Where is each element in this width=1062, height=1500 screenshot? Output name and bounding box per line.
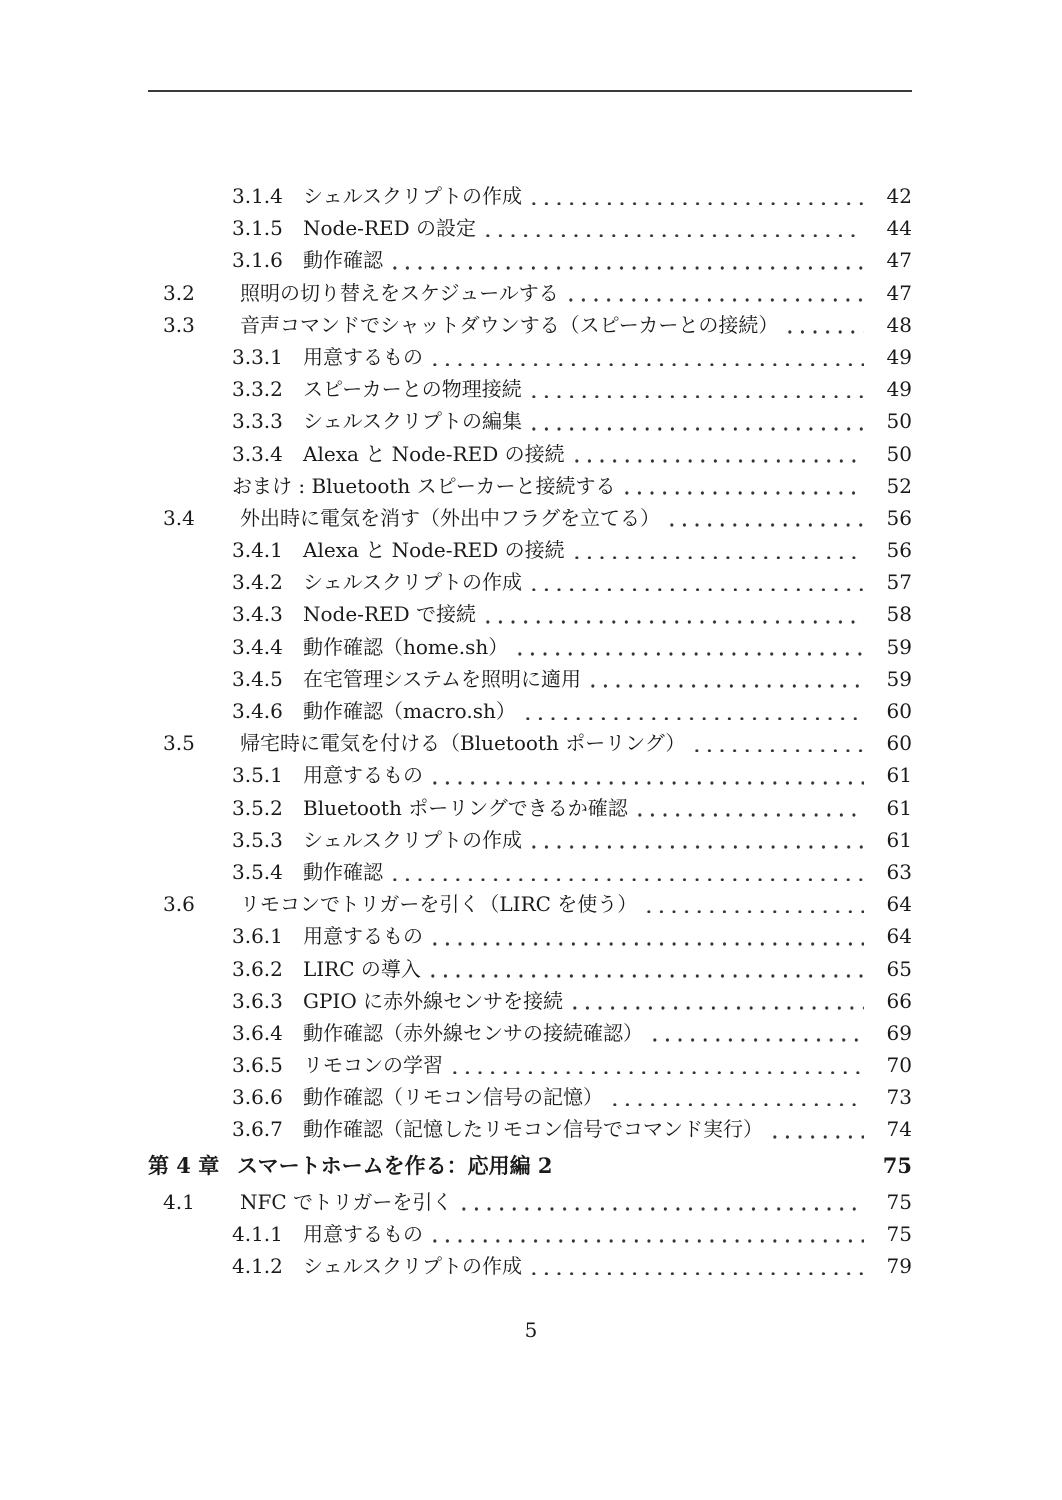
header-rule (148, 90, 912, 92)
toc-entry-page: 49 (876, 341, 912, 373)
toc-entry[interactable]: 3.3.1 用意するもの 49 (148, 341, 912, 373)
dot-leader (383, 856, 876, 888)
toc-entry-number: 3.4.1 (232, 534, 303, 566)
dot-leader (615, 470, 876, 502)
toc-entry-number: 3.4.3 (232, 598, 303, 630)
toc-entry-title: LIRC の導入 (303, 953, 421, 985)
toc-entry-number: 3.6.2 (232, 953, 303, 985)
toc-entry-number: 4.1 (163, 1186, 240, 1218)
dot-leader (522, 824, 876, 856)
toc-entry-page: 59 (876, 663, 912, 695)
toc-entry-title: Node-RED で接続 (303, 598, 476, 630)
toc-entry[interactable]: 4.1 NFC でトリガーを引く 75 (148, 1186, 912, 1218)
toc-entry-page: 64 (876, 920, 912, 952)
toc-entry-title: シェルスクリプトの作成 (303, 824, 522, 856)
dot-leader (628, 792, 876, 824)
toc-entry-title: シェルスクリプトの作成 (303, 566, 522, 598)
toc-entry-title: 用意するもの (303, 920, 423, 952)
dot-leader (508, 631, 876, 663)
toc-entry-title: スマートホームを作る：応用編 2 (237, 1146, 553, 1186)
toc-entry-page: 52 (876, 470, 912, 502)
toc-entry-title: GPIO に赤外線センサを接続 (303, 985, 563, 1017)
toc-entry-number: 3.5.3 (232, 824, 303, 856)
toc-entry-page: 66 (876, 985, 912, 1017)
toc-entry-page: 50 (876, 438, 912, 470)
toc-entry-number: 3.4 (163, 502, 240, 534)
toc-entry-title: 音声コマンドでシャットダウンする（スピーカーとの接続） (240, 309, 778, 341)
toc-entry-page: 75 (876, 1186, 912, 1218)
toc-entry[interactable]: 3.5 帰宅時に電気を付ける（Bluetooth ポーリング） 60 (148, 727, 912, 759)
dot-leader (643, 1017, 876, 1049)
dot-leader (565, 534, 876, 566)
toc-entry-number: 3.6.5 (232, 1049, 303, 1081)
dot-leader (443, 1049, 876, 1081)
toc-entry[interactable]: 3.4.4 動作確認（home.sh） 59 (148, 631, 912, 663)
toc-entry-page: 63 (876, 856, 912, 888)
dot-leader (522, 566, 876, 598)
toc-entry-title: 在宅管理システムを照明に適用 (303, 663, 581, 695)
toc-entry[interactable]: 3.3.2 スピーカーとの物理接続 49 (148, 373, 912, 405)
page-number: 5 (0, 1318, 1062, 1342)
toc-entry-page: 60 (876, 695, 912, 727)
toc-entry-page: 75 (876, 1146, 912, 1186)
toc-entry[interactable]: 3.4.6 動作確認（macro.sh） 60 (148, 695, 912, 727)
toc-entry[interactable]: 3.6.7 動作確認（記憶したリモコン信号でコマンド実行） 74 (148, 1113, 912, 1145)
toc-entry[interactable]: 3.1.4 シェルスクリプトの作成 42 (148, 180, 912, 212)
toc-entry-number: 3.1.6 (232, 244, 303, 276)
toc-entry-number: 3.6.3 (232, 985, 303, 1017)
toc-entry-number: 3.1.4 (232, 180, 303, 212)
toc-entry[interactable]: 3.6.1 用意するもの 64 (148, 920, 912, 952)
dot-leader (423, 920, 876, 952)
toc-entry-title: スピーカーとの物理接続 (303, 373, 522, 405)
toc-entry-title: Alexa と Node-RED の接続 (303, 438, 565, 470)
toc-entry-page: 61 (876, 759, 912, 791)
toc-entry-number: 3.6 (163, 888, 240, 920)
toc-entry-page: 47 (876, 277, 912, 309)
toc-entry-number: 3.4.4 (232, 631, 303, 663)
toc-entry-page: 57 (876, 566, 912, 598)
toc-entry[interactable]: 3.3 音声コマンドでシャットダウンする（スピーカーとの接続） 48 (148, 309, 912, 341)
toc-entry[interactable]: 3.1.6 動作確認 47 (148, 244, 912, 276)
toc-entry-title: シェルスクリプトの作成 (303, 180, 522, 212)
toc-entry-title: 用意するもの (303, 1218, 423, 1250)
toc-entry-page: 61 (876, 792, 912, 824)
toc-entry-number: 3.5.2 (232, 792, 303, 824)
toc-entry-title: リモコンでトリガーを引く（LIRC を使う） (240, 888, 637, 920)
toc-entry-number: 3.6.1 (232, 920, 303, 952)
toc-entry[interactable]: 3.4.1 Alexa と Node-RED の接続 56 (148, 534, 912, 566)
dot-leader (516, 695, 876, 727)
toc-entry-page: 49 (876, 373, 912, 405)
dot-leader (603, 1081, 876, 1113)
dot-leader (763, 1113, 876, 1145)
toc-entry-number: 3.3.4 (232, 438, 303, 470)
toc-entry-title: 帰宅時に電気を付ける（Bluetooth ポーリング） (240, 727, 685, 759)
toc-entry-page: 48 (876, 309, 912, 341)
toc-entry-title: シェルスクリプトの作成 (303, 1250, 522, 1282)
dot-leader (476, 598, 876, 630)
toc-entry-title: 動作確認（home.sh） (303, 631, 508, 663)
toc-entry-title: Bluetooth ポーリングできるか確認 (303, 792, 628, 824)
dot-leader (581, 663, 876, 695)
toc-entry[interactable]: 3.5.1 用意するもの 61 (148, 759, 912, 791)
toc-page: 3.1.4 シェルスクリプトの作成 42 3.1.5 Node-RED の設定 … (0, 0, 1062, 1500)
toc-entry-page: 59 (876, 631, 912, 663)
toc-entry[interactable]: 3.4.3 Node-RED で接続 58 (148, 598, 912, 630)
toc-entry[interactable]: 3.5.4 動作確認 63 (148, 856, 912, 888)
dot-leader (637, 888, 876, 920)
dot-leader (563, 985, 876, 1017)
toc-entry-page: 74 (876, 1113, 912, 1145)
toc-entry-number: 3.6.4 (232, 1017, 303, 1049)
toc-entry[interactable]: 3.6.4 動作確認（赤外線センサの接続確認） 69 (148, 1017, 912, 1049)
toc-entry-title: シェルスクリプトの編集 (303, 405, 522, 437)
toc-entry[interactable]: 3.3.4 Alexa と Node-RED の接続 50 (148, 438, 912, 470)
toc-entry-number: 3.5 (163, 727, 240, 759)
dot-leader (522, 180, 876, 212)
toc-entry-number: 3.2 (163, 277, 240, 309)
dot-leader (553, 1146, 876, 1186)
toc-entry-page: 70 (876, 1049, 912, 1081)
dot-leader (559, 277, 876, 309)
toc-entry-page: 60 (876, 727, 912, 759)
dot-leader (660, 502, 876, 534)
toc-entry[interactable]: 第 4 章 スマートホームを作る：応用編 2 75 (148, 1146, 912, 1186)
toc-entry-number: 3.5.1 (232, 759, 303, 791)
toc-entry-title: 動作確認（記憶したリモコン信号でコマンド実行） (303, 1113, 763, 1145)
toc-entry-page: 73 (876, 1081, 912, 1113)
toc-entry-number: 3.6.6 (232, 1081, 303, 1113)
toc-entry-page: 69 (876, 1017, 912, 1049)
toc-entry-page: 44 (876, 212, 912, 244)
dot-leader (685, 727, 876, 759)
toc-entry-page: 42 (876, 180, 912, 212)
toc-entry[interactable]: 3.4 外出時に電気を消す（外出中フラグを立てる） 56 (148, 502, 912, 534)
toc-entry[interactable]: 3.4.2 シェルスクリプトの作成 57 (148, 566, 912, 598)
toc-entry-title: 動作確認（赤外線センサの接続確認） (303, 1017, 643, 1049)
toc-entry-page: 65 (876, 953, 912, 985)
toc-entry-title: 照明の切り替えをスケジュールする (240, 277, 559, 309)
toc-entry[interactable]: 3.4.5 在宅管理システムを照明に適用 59 (148, 663, 912, 695)
toc-entry-page: 64 (876, 888, 912, 920)
toc-entry-page: 56 (876, 534, 912, 566)
dot-leader (565, 438, 876, 470)
toc-entry-number: 3.3.1 (232, 341, 303, 373)
toc-entry-number: 第 4 章 (148, 1146, 237, 1186)
dot-leader (423, 341, 876, 373)
dot-leader (423, 1218, 876, 1250)
toc-entry[interactable]: 4.1.1 用意するもの 75 (148, 1218, 912, 1250)
toc-entry-number: 3.3.2 (232, 373, 303, 405)
toc-entry-number: 3.3 (163, 309, 240, 341)
toc-entry-title: 動作確認 (303, 244, 383, 276)
dot-leader (522, 1250, 876, 1282)
dot-leader (383, 244, 876, 276)
toc-entry-title: Alexa と Node-RED の接続 (303, 534, 565, 566)
toc-entry-number: 3.4.2 (232, 566, 303, 598)
toc-entry-number: 3.1.5 (232, 212, 303, 244)
toc-entry-page: 61 (876, 824, 912, 856)
toc-entry[interactable]: 3.1.5 Node-RED の設定 44 (148, 212, 912, 244)
toc-entry[interactable]: 3.5.2 Bluetooth ポーリングできるか確認 61 (148, 792, 912, 824)
toc-entry-number: 3.6.7 (232, 1113, 303, 1145)
toc-entry[interactable]: 3.2 照明の切り替えをスケジュールする 47 (148, 277, 912, 309)
toc-entry-title: 用意するもの (303, 759, 423, 791)
toc-entry-title: 動作確認（macro.sh） (303, 695, 516, 727)
toc-entry[interactable]: 4.1.2 シェルスクリプトの作成 79 (148, 1250, 912, 1282)
toc-entry-number: 3.4.5 (232, 663, 303, 695)
dot-leader (522, 405, 876, 437)
dot-leader (522, 373, 876, 405)
toc-entry[interactable]: 3.6.2 LIRC の導入 65 (148, 953, 912, 985)
toc-entry-page: 75 (876, 1218, 912, 1250)
toc-entry[interactable]: 3.6.3 GPIO に赤外線センサを接続 66 (148, 985, 912, 1017)
toc-entry-title: リモコンの学習 (303, 1049, 443, 1081)
toc-entry-title: NFC でトリガーを引く (240, 1186, 452, 1218)
toc-entry-title: おまけ : Bluetooth スピーカーと接続する (232, 470, 615, 502)
toc-entry[interactable]: おまけ : Bluetooth スピーカーと接続する 52 (148, 470, 912, 502)
toc-entry-title: 動作確認（リモコン信号の記憶） (303, 1081, 603, 1113)
dot-leader (452, 1186, 876, 1218)
dot-leader (421, 953, 876, 985)
toc-entry-page: 58 (876, 598, 912, 630)
toc-entry[interactable]: 3.6.6 動作確認（リモコン信号の記憶） 73 (148, 1081, 912, 1113)
toc-entry-number: 3.5.4 (232, 856, 303, 888)
toc-entry-number: 4.1.1 (232, 1218, 303, 1250)
dot-leader (778, 309, 876, 341)
toc-entry-number: 3.4.6 (232, 695, 303, 727)
toc-entry-title: 外出時に電気を消す（外出中フラグを立てる） (240, 502, 660, 534)
table-of-contents: 3.1.4 シェルスクリプトの作成 42 3.1.5 Node-RED の設定 … (148, 180, 912, 1282)
toc-entry-page: 47 (876, 244, 912, 276)
toc-entry[interactable]: 3.3.3 シェルスクリプトの編集 50 (148, 405, 912, 437)
toc-entry-title: 動作確認 (303, 856, 383, 888)
toc-entry-number: 3.3.3 (232, 405, 303, 437)
dot-leader (423, 759, 876, 791)
toc-entry-page: 79 (876, 1250, 912, 1282)
toc-entry[interactable]: 3.6.5 リモコンの学習 70 (148, 1049, 912, 1081)
toc-entry-page: 50 (876, 405, 912, 437)
toc-entry-title: Node-RED の設定 (303, 212, 476, 244)
toc-entry[interactable]: 3.6 リモコンでトリガーを引く（LIRC を使う） 64 (148, 888, 912, 920)
toc-entry-page: 56 (876, 502, 912, 534)
toc-entry[interactable]: 3.5.3 シェルスクリプトの作成 61 (148, 824, 912, 856)
toc-entry-title: 用意するもの (303, 341, 423, 373)
toc-entry-number: 4.1.2 (232, 1250, 303, 1282)
dot-leader (476, 212, 876, 244)
